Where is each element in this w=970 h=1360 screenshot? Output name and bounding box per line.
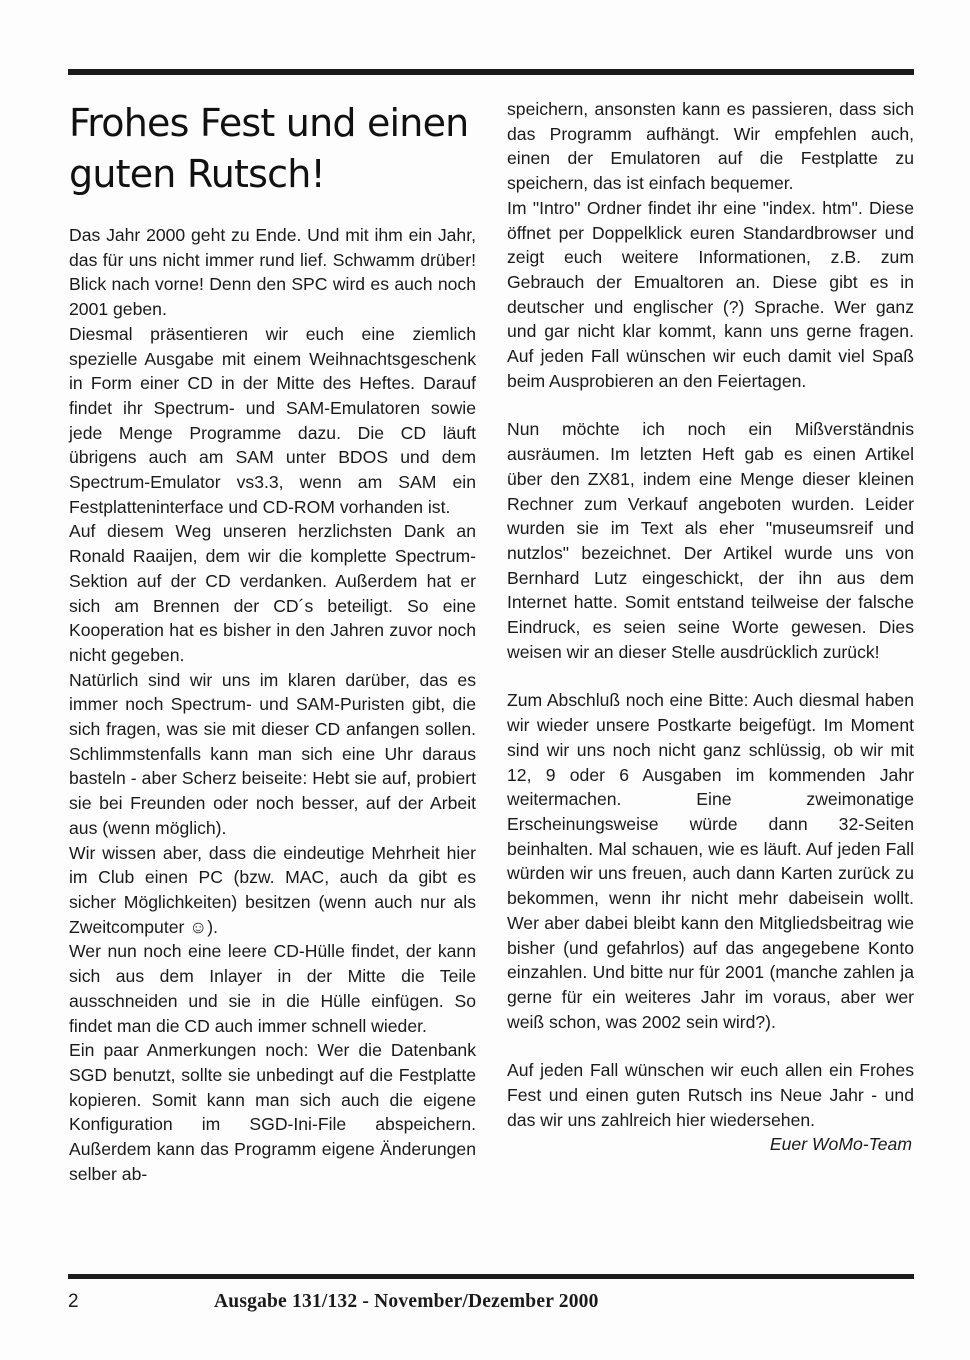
right-column: speichern, ansonsten kann es passieren, …: [507, 97, 914, 1157]
page-footer: 2 Ausgabe 131/132 - November/Dezember 20…: [68, 1289, 914, 1317]
paragraph: Das Jahr 2000 geht zu Ende. Und mit ihm …: [69, 223, 476, 322]
left-column: Frohes Fest und einen guten Rutsch! Das …: [69, 98, 476, 1186]
article-title: Frohes Fest und einen guten Rutsch!: [69, 98, 476, 200]
paragraph: Zum Abschluß noch eine Bitte: Auch diesm…: [507, 688, 914, 1034]
paragraph: Auf diesem Weg unseren herzlichsten Dank…: [69, 519, 476, 667]
issue-label: Ausgabe 131/132 - November/Dezember 2000: [214, 1291, 599, 1313]
closing-paragraph: Auf jeden Fall wünschen wir euch allen e…: [507, 1058, 914, 1132]
paragraph: Diesmal präsentieren wir euch eine zieml…: [69, 322, 476, 520]
paragraph: Nun möchte ich noch ein Mißverständnis a…: [507, 417, 914, 664]
paragraph: Wer nun noch eine leere CD-Hülle findet,…: [69, 939, 476, 1038]
header-rule: [68, 69, 914, 75]
paragraph-gap: [507, 664, 914, 688]
signoff-row: Euer WoMo-Team: [507, 1132, 914, 1157]
paragraph: Im "Intro" Ordner findet ihr eine "index…: [507, 196, 914, 394]
paragraph: Natürlich sind wir uns im klaren darüber…: [69, 668, 476, 841]
paragraph: Ein paar Anmerkungen noch: Wer die Daten…: [69, 1038, 476, 1186]
paragraph: speichern, ansonsten kann es passieren, …: [507, 97, 914, 196]
paragraph-gap: [507, 1034, 914, 1058]
paragraph: Wir wissen aber, dass die eindeutige Meh…: [69, 841, 476, 940]
paragraph-gap: [507, 393, 914, 417]
signature: Euer WoMo-Team: [770, 1132, 914, 1157]
page-number: 2: [68, 1291, 79, 1313]
footer-rule: [68, 1274, 914, 1279]
